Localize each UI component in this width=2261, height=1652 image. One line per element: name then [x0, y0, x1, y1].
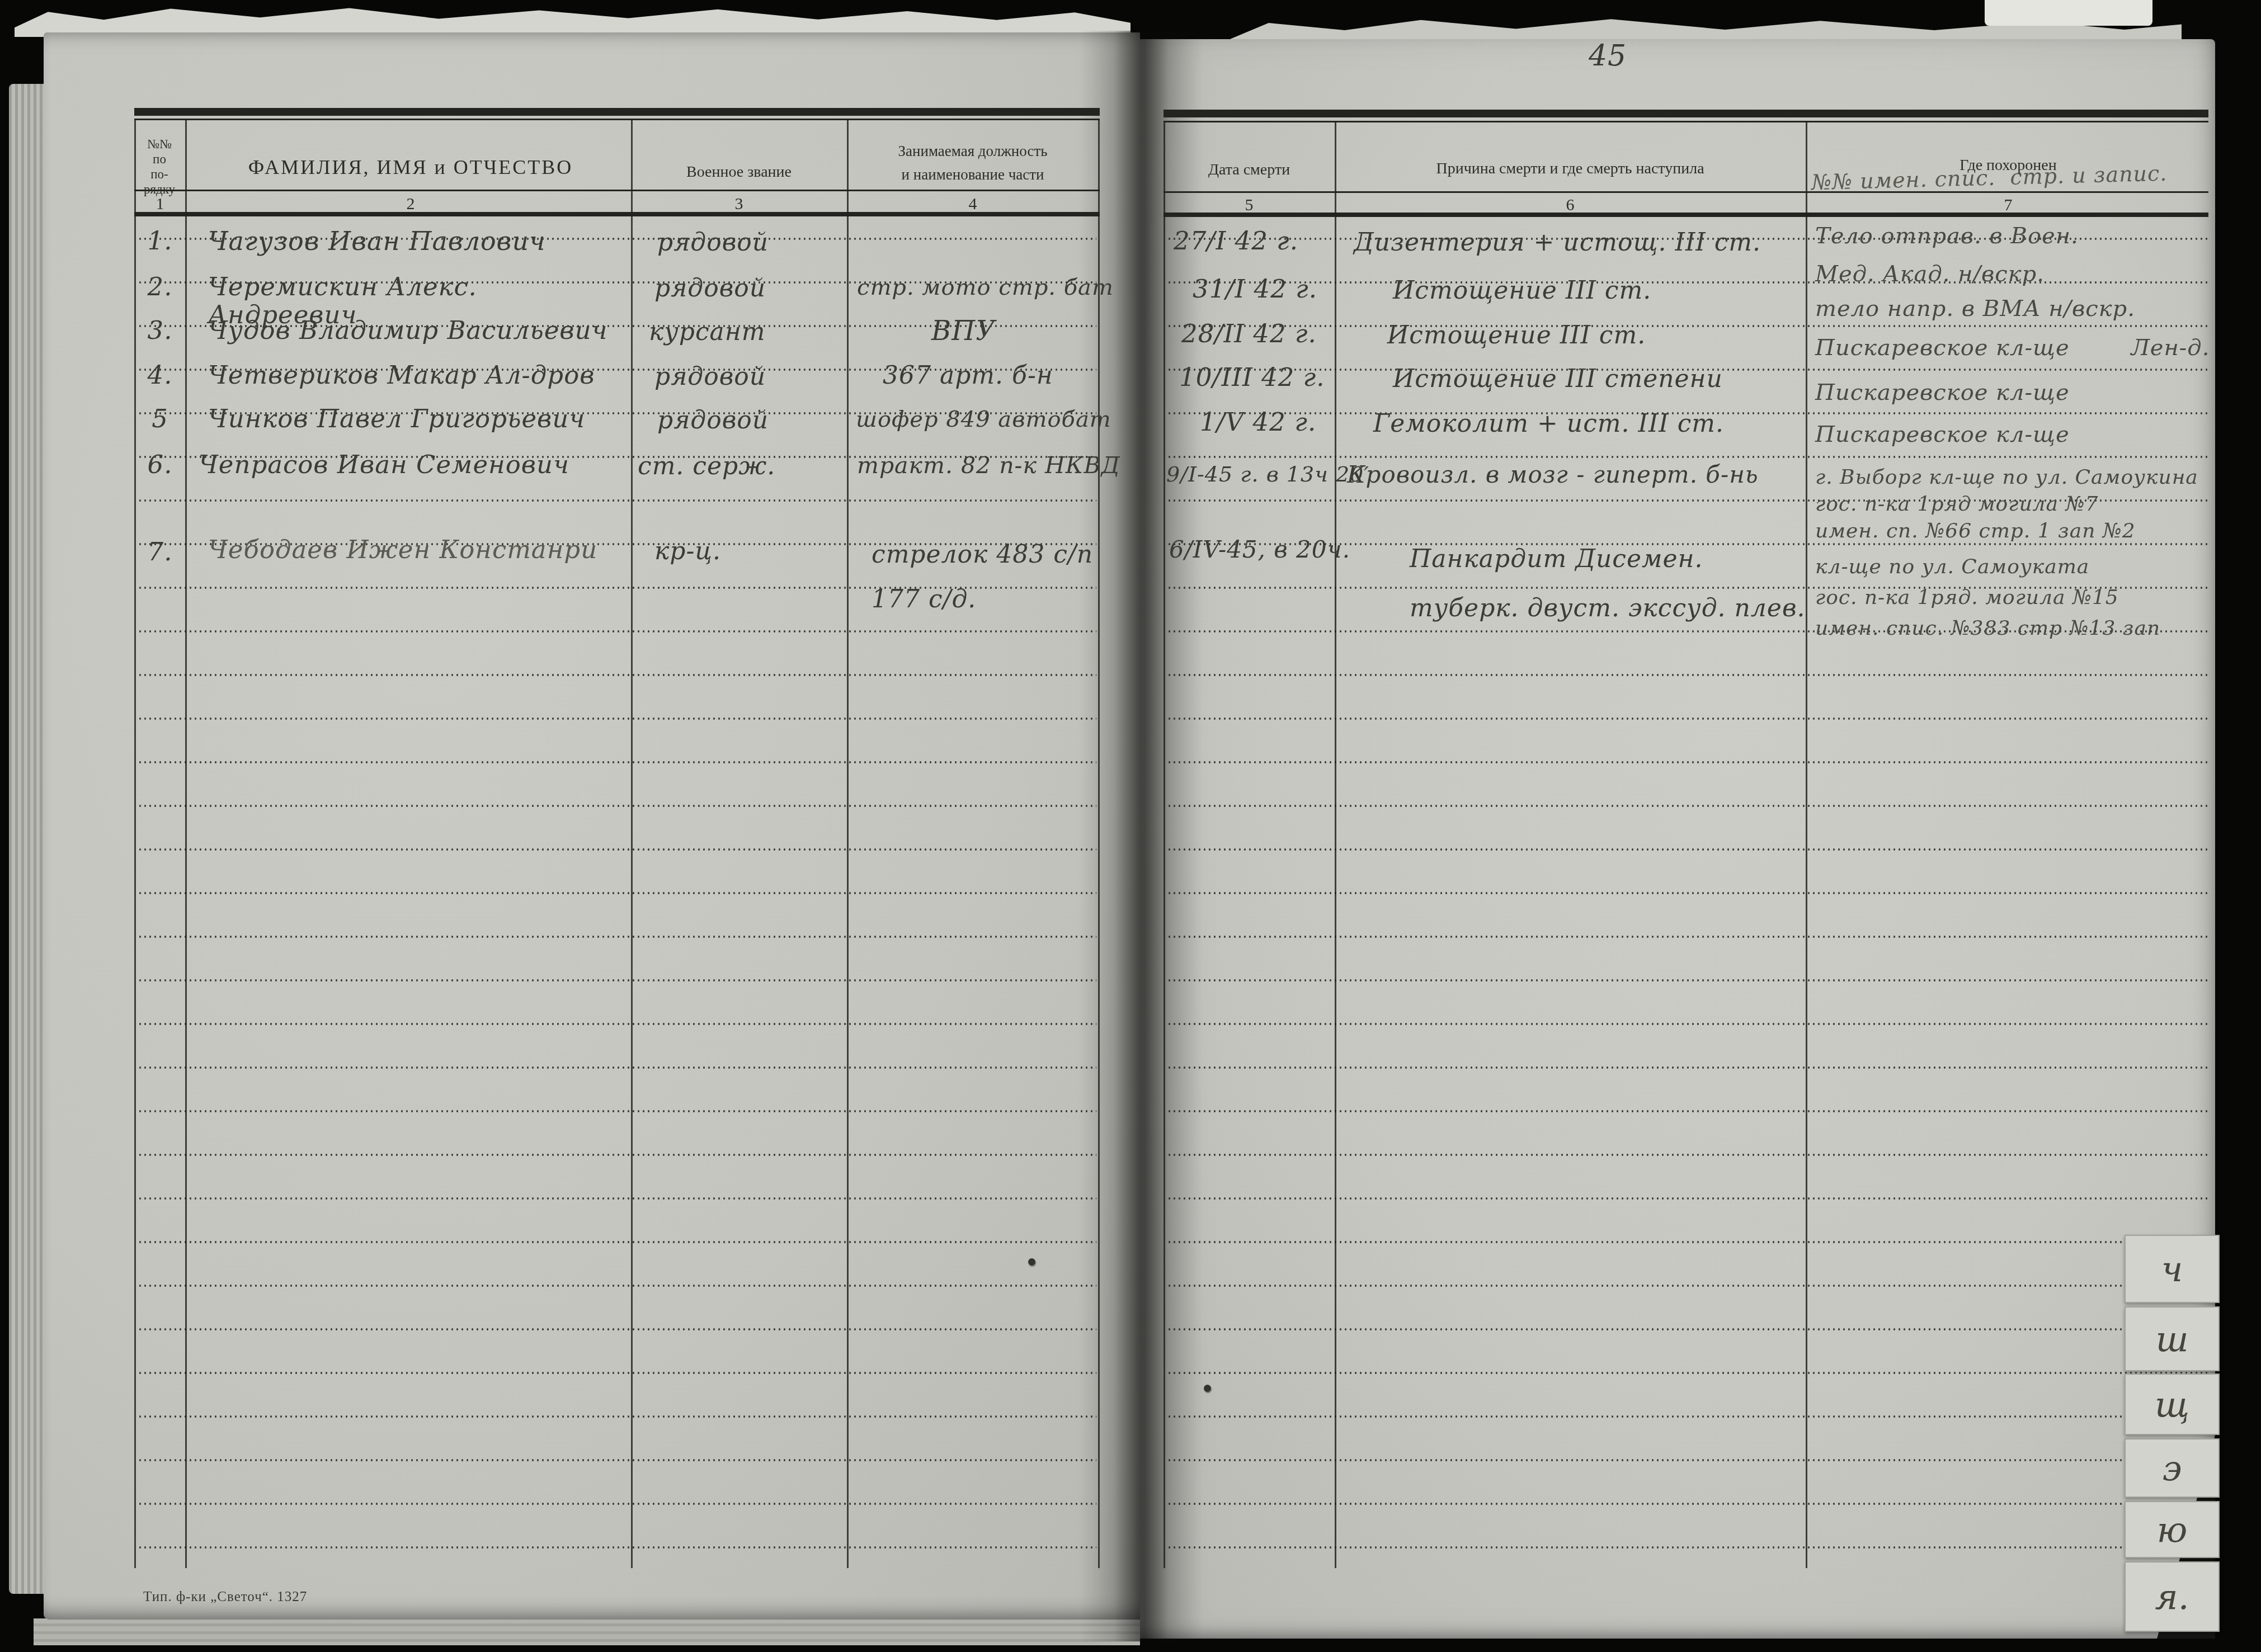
- column-number-6: 6: [1335, 196, 1806, 215]
- row-number: 4.: [134, 361, 186, 389]
- row-rank: рядовой: [654, 364, 766, 390]
- row-rank: рядовой: [654, 275, 766, 302]
- row-death-date: 6/IV-45, в 20ч.: [1169, 537, 1350, 563]
- row-burial-place: Пискаревское кл-ще: [1815, 422, 2218, 447]
- column-number-2: 2: [190, 195, 631, 214]
- row-number: 7.: [134, 538, 186, 566]
- row-death-date: 1/V 42 г.: [1200, 408, 1316, 436]
- row-rank: рядовой: [657, 229, 769, 256]
- index-tab-label: ю: [2157, 1509, 2188, 1550]
- index-tab-label: ш: [2156, 1319, 2189, 1360]
- row-rank: кр-ц.: [654, 538, 721, 565]
- index-tab-label: щ: [2155, 1384, 2189, 1425]
- index-tab-e[interactable]: э: [2125, 1438, 2220, 1498]
- row-death-cause: Панкардит Дисемен. туберк. двуст. экссуд…: [1410, 535, 1857, 633]
- paper-tab-top-right: [1985, 0, 2152, 26]
- row-death-cause: Истощение III степени: [1393, 366, 1852, 393]
- row-number: 2.: [134, 273, 186, 301]
- row-name: Чагузов Иван Павлович: [208, 227, 628, 256]
- hole-mark: [1204, 1385, 1211, 1392]
- column-header-number: №№ по по- рядку: [133, 136, 186, 197]
- index-tab-label: ч: [2161, 1249, 2183, 1290]
- row-unit: шофер 849 автобат: [856, 407, 1111, 432]
- column-header-death-date: Дата смерти: [1164, 161, 1335, 179]
- row-unit: 367 арт. б-н: [883, 362, 1053, 389]
- column-divider: [1098, 119, 1100, 1568]
- row-death-date: 10/III 42 г.: [1179, 364, 1325, 391]
- row-death-date: 27/I 42 г.: [1174, 227, 1298, 255]
- row-burial-place: Тело отправ. в Воен. Мед. Акад. н/вскр.: [1815, 217, 2218, 293]
- row-burial-place: Пискаревское кл-ще: [1815, 380, 2218, 405]
- index-tab-sh[interactable]: ш: [2125, 1306, 2220, 1371]
- hole-mark: [1028, 1258, 1035, 1266]
- index-tab-label: э: [2163, 1448, 2182, 1489]
- row-name: Чудов Владимир Васильевич: [208, 317, 633, 344]
- row-death-cause: Истощение III ст.: [1393, 277, 1852, 304]
- column-number-1: 1: [134, 195, 186, 214]
- row-rank: курсант: [649, 319, 766, 346]
- row-number: 1.: [134, 227, 186, 255]
- column-header-unit: Занимаемая должность и наименование част…: [847, 140, 1099, 187]
- row-rank: рядовой: [657, 407, 769, 434]
- row-unit: тракт. 82 п-к НКВД: [857, 453, 1120, 478]
- page-stack-bottom-edge: [34, 1618, 1140, 1645]
- row-burial-place: тело напр. в ВМА н/вскр.: [1815, 296, 2218, 321]
- row-burial-place: кл-ще по ул. Самоуката гос. п-ка 1ряд. м…: [1815, 551, 2240, 644]
- row-unit: стр. мото стр. бат: [857, 275, 1114, 300]
- row-death-cause: Кровоизл. в мозг - гиперт. б-нь: [1347, 462, 1811, 488]
- row-number: 5: [134, 405, 186, 433]
- index-tab-label: я.: [2155, 1577, 2189, 1617]
- row-death-cause: Гемоколит + ист. III ст.: [1373, 410, 1832, 437]
- table-top-band: [1164, 110, 2208, 117]
- printer-imprint: Тип. ф-ки „Светоч“. 1327: [143, 1589, 307, 1605]
- column-header-rank: Военное звание: [631, 163, 847, 181]
- row-name: Четвериков Макар Ал-дров: [208, 361, 633, 389]
- header-separator-rule: [1164, 191, 2208, 193]
- row-unit: ВПУ: [931, 317, 996, 346]
- row-death-cause: Дизентерия + истощ. III ст.: [1354, 229, 1812, 256]
- index-tab-shch[interactable]: щ: [2125, 1373, 2220, 1435]
- row-death-date: 9/I-45 г. в 13ч 20′: [1166, 463, 1369, 487]
- row-name: Чебодаев Ижен Констанри: [208, 536, 633, 564]
- row-name: Чепрасов Иван Семенович: [199, 451, 635, 479]
- table-top-band: [134, 108, 1100, 116]
- table-top-thin-rule: [1164, 121, 2208, 122]
- page-stack-left-edge: [9, 84, 44, 1594]
- row-name: Чинков Павел Григорьевич: [208, 405, 633, 433]
- column-header-death-cause: Причина смерти и где смерть наступила: [1335, 160, 1806, 178]
- column-number-5: 5: [1164, 196, 1335, 215]
- ledger-scan: №№ по по- рядку ФАМИЛИЯ, ИМЯ и ОТЧЕСТВО …: [0, 0, 2261, 1652]
- row-burial-place: Пискаревское кл-ще Лен-д.: [1815, 336, 2240, 360]
- column-header-name: ФАМИЛИЯ, ИМЯ и ОТЧЕСТВО: [190, 155, 631, 179]
- page-number: 45: [1589, 40, 1627, 72]
- index-tab-ya[interactable]: я.: [2125, 1561, 2220, 1632]
- column-number-3: 3: [631, 195, 847, 214]
- column-number-4: 4: [847, 195, 1099, 214]
- row-burial-place: г. Выборг кл-ще по ул. Самоукина гос. п-…: [1815, 464, 2240, 545]
- row-death-date: 28/II 42 г.: [1181, 320, 1317, 348]
- row-number: 6.: [134, 451, 186, 479]
- row-number: 3.: [134, 317, 186, 344]
- column-divider: [1164, 121, 1165, 1568]
- column-number-7: 7: [1806, 196, 2211, 215]
- row-death-date: 31/I 42 г.: [1193, 275, 1317, 303]
- row-death-cause: Истощение III ст.: [1387, 322, 1846, 349]
- index-tab-ch[interactable]: ч: [2125, 1235, 2220, 1303]
- row-rank: ст. серж.: [638, 453, 775, 480]
- table-top-thin-rule: [134, 119, 1100, 120]
- header-separator-rule: [134, 190, 1100, 191]
- index-tab-yu[interactable]: ю: [2125, 1501, 2220, 1558]
- row-unit: стрелок 483 с/п 177 с/д.: [872, 532, 1106, 622]
